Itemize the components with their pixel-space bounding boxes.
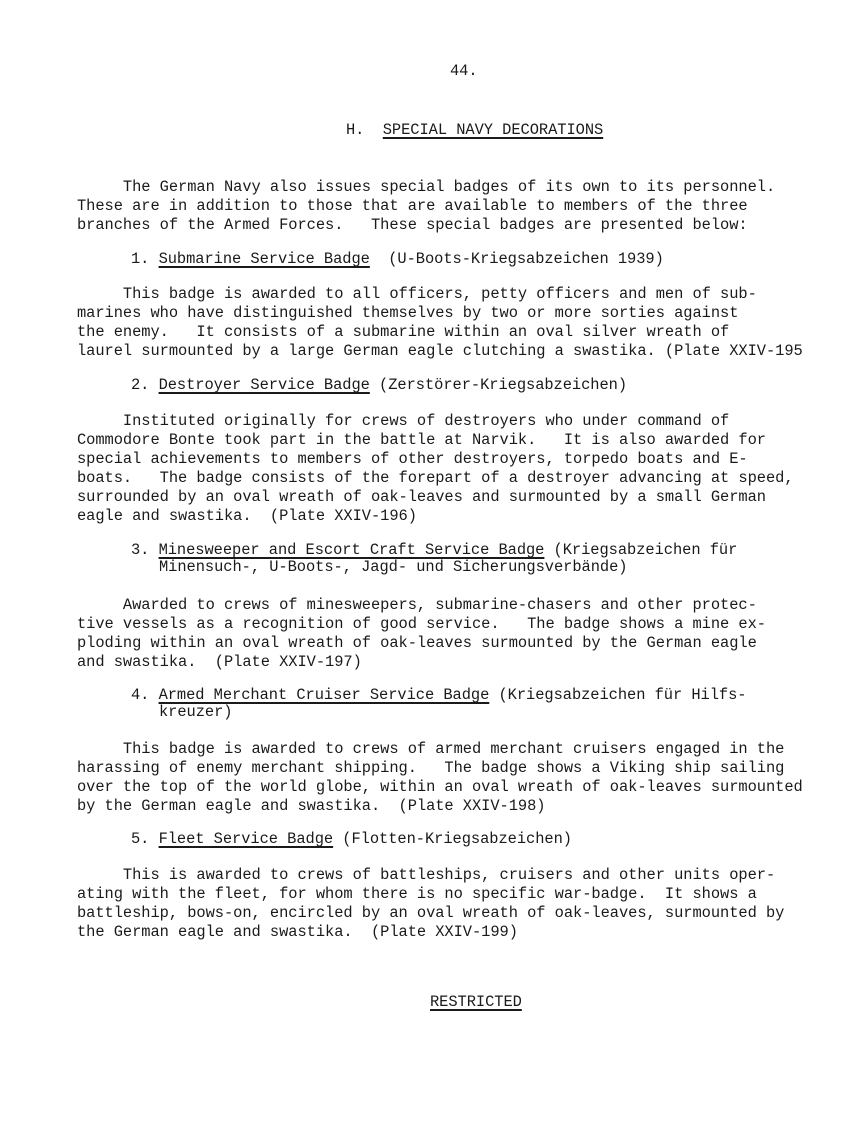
document-page: 44. H. SPECIAL NAVY DECORATIONS The Germ… <box>0 0 866 1130</box>
badge-german-name: (Flotten-Kriegsabzeichen) <box>333 830 572 848</box>
badge-2-body-line: Commodore Bonte took part in the battle … <box>77 431 766 450</box>
badge-name: Minesweeper and Escort Craft Service Bad… <box>159 541 545 559</box>
badge-german-name: (Zerstörer-Kriegsabzeichen) <box>370 376 627 394</box>
badge-german-name: (U-Boots-Kriegsabzeichen 1939) <box>370 250 664 268</box>
badge-2-body-line: Instituted originally for crews of destr… <box>77 412 729 431</box>
badge-4-body-line: by the German eagle and swastika. (Plate… <box>77 797 545 816</box>
badge-2-body-line: boats. The badge consists of the forepar… <box>77 469 794 488</box>
badge-2-body-line: surrounded by an oval wreath of oak-leav… <box>77 488 766 507</box>
badge-5-body-line: the German eagle and swastika. (Plate XX… <box>77 923 518 942</box>
badge-4-body-line: over the top of the world globe, within … <box>77 778 803 797</box>
badge-number: 5. <box>131 830 149 848</box>
badge-number: 4. <box>131 686 149 704</box>
classification-marking: RESTRICTED <box>430 993 522 1012</box>
badge-german-name: (Kriegsabzeichen für <box>544 541 737 559</box>
badge-2-body-line: eagle and swastika. (Plate XXIV-196) <box>77 507 417 526</box>
section-letter: H. <box>346 121 364 139</box>
badge-3-body-line: Awarded to crews of minesweepers, submar… <box>77 596 757 615</box>
badge-5-body-line: battleship, bows-on, encircled by an ova… <box>77 904 784 923</box>
intro-line: branches of the Armed Forces. These spec… <box>77 216 748 235</box>
badge-name: Submarine Service Badge <box>159 250 370 268</box>
badge-name: Fleet Service Badge <box>159 830 334 848</box>
badge-1-title: 1. Submarine Service Badge (U-Boots-Krie… <box>131 250 664 269</box>
badge-name: Destroyer Service Badge <box>159 376 370 394</box>
badge-1-body-line: This badge is awarded to all officers, p… <box>77 285 757 304</box>
badge-4-body-line: harassing of enemy merchant shipping. Th… <box>77 759 784 778</box>
badge-3-german-cont: Minensuch-, U-Boots-, Jagd- und Sicherun… <box>159 558 627 577</box>
badge-3-body-line: and swastika. (Plate XXIV-197) <box>77 653 362 672</box>
section-title: SPECIAL NAVY DECORATIONS <box>383 121 603 139</box>
badge-5-body-line: This is awarded to crews of battleships,… <box>77 866 775 885</box>
badge-name: Armed Merchant Cruiser Service Badge <box>159 686 490 704</box>
badge-3-body-line: ploding within an oval wreath of oak-lea… <box>77 634 757 653</box>
badge-1-body-line: laurel surmounted by a large German eagl… <box>77 342 803 361</box>
intro-line: The German Navy also issues special badg… <box>77 178 775 197</box>
badge-number: 1. <box>131 250 149 268</box>
badge-2-body-line: special achievements to members of other… <box>77 450 748 469</box>
badge-number: 3. <box>131 541 149 559</box>
section-heading: H. SPECIAL NAVY DECORATIONS <box>346 121 603 140</box>
badge-number: 2. <box>131 376 149 394</box>
badge-4-body-line: This badge is awarded to crews of armed … <box>77 740 784 759</box>
badge-5-body-line: ating with the fleet, for whom there is … <box>77 885 757 904</box>
badge-german-name: (Kriegsabzeichen für Hilfs- <box>489 686 746 704</box>
intro-line: These are in addition to those that are … <box>77 197 748 216</box>
page-number: 44. <box>450 62 478 81</box>
badge-4-german-cont: kreuzer) <box>159 703 233 722</box>
badge-1-body-line: marines who have distinguished themselve… <box>77 304 738 323</box>
badge-1-body-line: the enemy. It consists of a submarine wi… <box>77 323 729 342</box>
badge-5-title: 5. Fleet Service Badge (Flotten-Kriegsab… <box>131 830 572 849</box>
badge-3-body-line: tive vessels as a recognition of good se… <box>77 615 766 634</box>
badge-2-title: 2. Destroyer Service Badge (Zerstörer-Kr… <box>131 376 627 395</box>
